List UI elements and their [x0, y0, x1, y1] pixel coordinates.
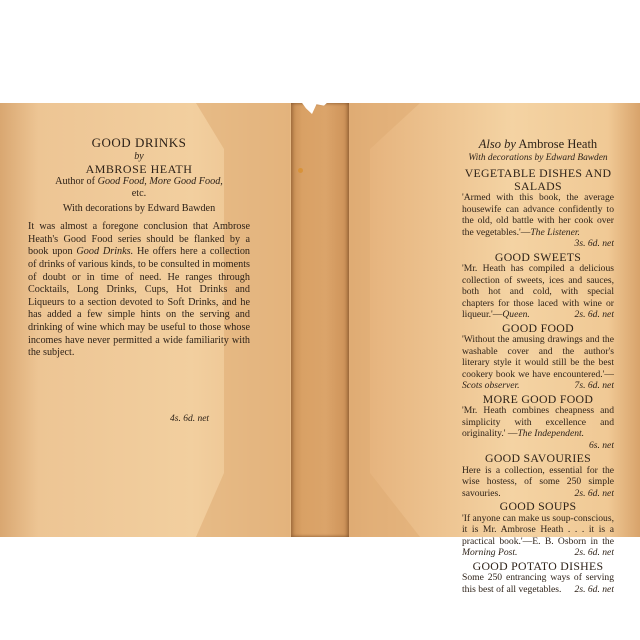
author-name: AMBROSE HEATH	[28, 162, 250, 176]
also-by-heading: Also by Ambrose Heath	[462, 137, 614, 152]
book-entry: GOOD SAVOURIESHere is a collection, esse…	[462, 451, 614, 499]
paper-stain	[298, 168, 303, 173]
by-line: by	[28, 151, 250, 162]
book-price: 2s. 6d. net	[575, 547, 614, 559]
book-price: 7s. 6d. net	[575, 380, 614, 392]
blurb-italic: Good Drinks.	[76, 246, 133, 257]
book-entry: GOOD FOOD'Without the amusing drawings a…	[462, 321, 614, 392]
book-price: 2s. 6d. net	[575, 584, 614, 596]
also-by-label: Also by	[479, 137, 516, 151]
book-entry-title: GOOD SWEETS	[462, 251, 614, 264]
author-of-works: Good Food, More Good Food,	[98, 176, 223, 187]
book-entry: GOOD SOUPS'If anyone can make us soup-co…	[462, 499, 614, 559]
decorations-credit: With decorations by Edward Bawden	[462, 152, 614, 164]
book-entry-review: Some 250 entrancing ways of serving this…	[462, 572, 614, 595]
book-entry: GOOD SWEETS'Mr. Heath has compiled a del…	[462, 250, 614, 321]
book-entry-review: 'If anyone can make us soup-conscious, i…	[462, 513, 614, 559]
book-entry-title: MORE GOOD FOOD	[462, 393, 614, 406]
review-text: 'Without the amusing drawings and the wa…	[462, 334, 614, 380]
author-of-prefix: Author of	[55, 176, 97, 187]
book-entry-title: GOOD FOOD	[462, 322, 614, 335]
book-entry-review: 'Mr. Heath combines cheapness and simpli…	[462, 405, 614, 440]
book-entry-review: Here is a collection, essential for the …	[462, 465, 614, 500]
left-flap-text: GOOD DRINKS by AMBROSE HEATH Author of G…	[28, 137, 250, 360]
right-flap-text: Also by Ambrose Heath With decorations b…	[462, 137, 614, 595]
right-flap-fold	[350, 103, 420, 537]
book-entry-review: 'Mr. Heath has compiled a delicious coll…	[462, 263, 614, 321]
book-list: VEGETABLE DISHES AND SALADS'Armed with t…	[462, 166, 614, 595]
book-blurb: It was almost a foregone conclusion that…	[28, 221, 250, 360]
review-source: Queen.	[502, 309, 529, 320]
also-by-author: Ambrose Heath	[516, 137, 597, 151]
book-price: 2s. 6d. net	[575, 309, 614, 321]
blurb-text-cont: He offers here a collection of drinks of…	[28, 246, 250, 358]
book-entry-review: 'Armed with this book, the average house…	[462, 192, 614, 238]
review-source: The Independent.	[517, 428, 584, 439]
review-source: The Listener.	[530, 227, 580, 238]
book-entry-review: 'Without the amusing drawings and the wa…	[462, 334, 614, 392]
author-of-line: Author of Good Food, More Good Food,	[28, 176, 250, 188]
book-entry-title: GOOD SOUPS	[462, 500, 614, 513]
price: 4s. 6d. net	[170, 414, 209, 424]
review-text: 'If anyone can make us soup-conscious, i…	[462, 513, 614, 547]
book-entry-title: GOOD SAVOURIES	[462, 452, 614, 465]
review-source: Scots observer.	[462, 380, 520, 391]
book-entry: VEGETABLE DISHES AND SALADS'Armed with t…	[462, 166, 614, 250]
decorations-credit: With decorations by Edward Bawden	[28, 203, 250, 216]
book-price: 6s. net	[589, 440, 614, 452]
book-price: 2s. 6d. net	[575, 488, 614, 500]
book-title: GOOD DRINKS	[28, 137, 250, 150]
book-entry: MORE GOOD FOOD'Mr. Heath combines cheapn…	[462, 392, 614, 452]
book-price: 3s. 6d. net	[575, 238, 614, 250]
review-source: Morning Post.	[462, 547, 517, 558]
author-of-etc: etc.	[28, 188, 250, 200]
book-entry-title: GOOD POTATO DISHES	[462, 560, 614, 573]
book-entry-title: VEGETABLE DISHES AND SALADS	[462, 167, 614, 192]
book-entry: GOOD POTATO DISHESSome 250 entrancing wa…	[462, 559, 614, 596]
